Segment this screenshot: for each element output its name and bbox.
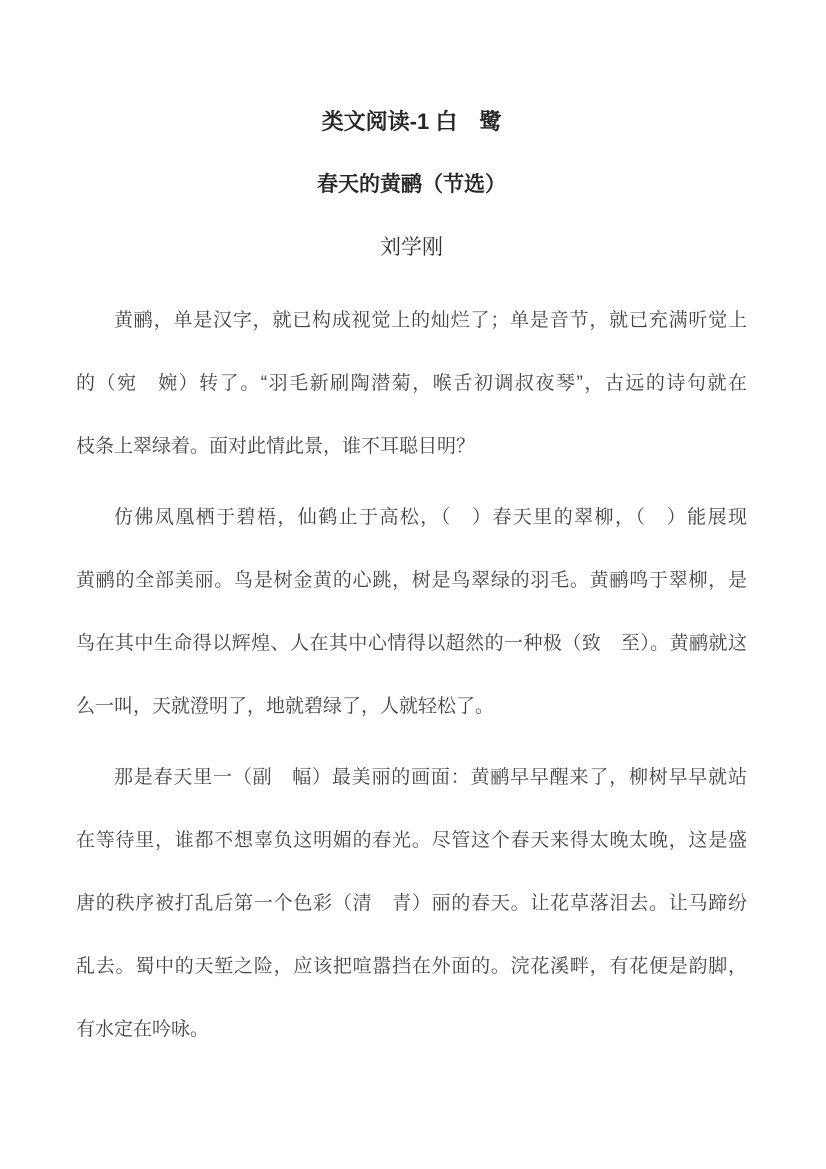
author-name: 刘学刚: [76, 216, 747, 279]
paragraph: 那是春天里一（副 幅）最美丽的画面：黄鹂早早醒来了，柳树早早就站在等待里，谁都不…: [76, 746, 747, 1061]
paragraph-line: 枝条上翠绿着。面对此情此景，谁不耳聪目明？: [76, 415, 747, 478]
document-title: 类文阅读-1 白 鹭: [76, 90, 747, 153]
paragraph-line: 鸟在其中生命得以辉煌、人在其中心情得以超然的一种极（致 至）。黄鹂就这: [76, 612, 747, 675]
paragraph-line: 么一叫，天就澄明了，地就碧绿了，人就轻松了。: [76, 675, 747, 738]
paragraph-line: 黄鹂的全部美丽。鸟是树金黄的心跳，树是鸟翠绿的羽毛。黄鹂鸣于翠柳，是: [76, 549, 747, 612]
paragraph-line: 有水定在吟咏。: [76, 998, 747, 1061]
document-body: 黄鹂，单是汉字，就已构成视觉上的灿烂了；单是音节，就已充满听觉上的（宛 婉）转了…: [76, 289, 747, 1061]
paragraph-line: 乱去。蜀中的天堑之险，应该把喧嚣挡在外面的。浣花溪畔，有花便是韵脚，: [76, 935, 747, 998]
paragraph-line: 黄鹂，单是汉字，就已构成视觉上的灿烂了；单是音节，就已充满听觉上: [76, 289, 747, 352]
document-page: 类文阅读-1 白 鹭 春天的黄鹂（节选） 刘学刚 黄鹂，单是汉字，就已构成视觉上…: [0, 0, 826, 1169]
paragraph-line: 仿佛凤凰栖于碧梧，仙鹤止于高松，（ ）春天里的翠柳，（ ）能展现: [76, 486, 747, 549]
paragraph-line: 在等待里，谁都不想辜负这明媚的春光。尽管这个春天来得太晚太晚，这是盛: [76, 809, 747, 872]
paragraph-line: 唐的秩序被打乱后第一个色彩（清 青）丽的春天。让花草落泪去。让马蹄纷: [76, 872, 747, 935]
document-subtitle: 春天的黄鹂（节选）: [76, 153, 747, 216]
paragraph: 仿佛凤凰栖于碧梧，仙鹤止于高松，（ ）春天里的翠柳，（ ）能展现黄鹂的全部美丽。…: [76, 486, 747, 738]
paragraph-line: 的（宛 婉）转了。“羽毛新刷陶潜菊，喉舌初调叔夜琴”，古远的诗句就在: [76, 352, 747, 415]
paragraph: 黄鹂，单是汉字，就已构成视觉上的灿烂了；单是音节，就已充满听觉上的（宛 婉）转了…: [76, 289, 747, 478]
paragraph-line: 那是春天里一（副 幅）最美丽的画面：黄鹂早早醒来了，柳树早早就站: [76, 746, 747, 809]
